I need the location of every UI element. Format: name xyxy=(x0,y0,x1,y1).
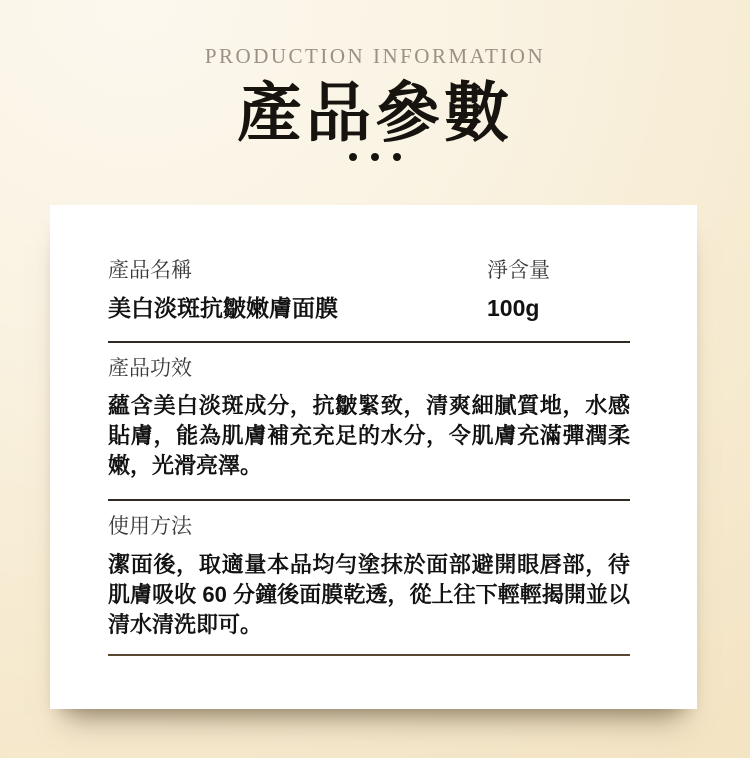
product-name-label: 產品名稱 xyxy=(108,258,487,284)
efficacy-section: 產品功效 蘊含美白淡斑成分，抗皺緊致，清爽細膩質地，水感貼膚，能為肌膚補充充足的… xyxy=(108,356,630,481)
divider xyxy=(108,341,630,343)
spec-row: 產品名稱 美白淡斑抗皺嫩膚面膜 淨含量 100g xyxy=(108,205,630,323)
page-background: { "header": { "eyebrow": "PRODUCTION INF… xyxy=(0,0,750,758)
efficacy-label: 產品功效 xyxy=(108,356,630,382)
net-content-column: 淨含量 100g xyxy=(487,258,630,323)
product-name-value: 美白淡斑抗皺嫩膚面膜 xyxy=(108,294,487,323)
title-dots-decoration xyxy=(0,153,750,161)
dot-icon xyxy=(349,153,357,161)
dot-icon xyxy=(393,153,401,161)
product-name-column: 產品名稱 美白淡斑抗皺嫩膚面膜 xyxy=(108,258,487,323)
divider xyxy=(108,654,630,656)
divider xyxy=(108,499,630,501)
net-content-value: 100g xyxy=(487,294,630,323)
eyebrow-text: PRODUCTION INFORMATION xyxy=(0,44,750,69)
net-content-label: 淨含量 xyxy=(487,258,630,284)
usage-label: 使用方法 xyxy=(108,514,630,540)
dot-icon xyxy=(371,153,379,161)
efficacy-text: 蘊含美白淡斑成分，抗皺緊致，清爽細膩質地，水感貼膚，能為肌膚補充充足的水分，令肌… xyxy=(108,391,630,481)
header: PRODUCTION INFORMATION 產品參數 xyxy=(0,0,750,161)
usage-section: 使用方法 潔面後，取適量本品均勻塗抹於面部避開眼唇部，待肌膚吸收 60 分鐘後面… xyxy=(108,514,630,639)
usage-text: 潔面後，取適量本品均勻塗抹於面部避開眼唇部，待肌膚吸收 60 分鐘後面膜乾透，從… xyxy=(108,550,630,640)
page-title: 產品參數 xyxy=(0,79,750,147)
product-info-card: 產品名稱 美白淡斑抗皺嫩膚面膜 淨含量 100g 產品功效 蘊含美白淡斑成分，抗… xyxy=(50,205,697,709)
